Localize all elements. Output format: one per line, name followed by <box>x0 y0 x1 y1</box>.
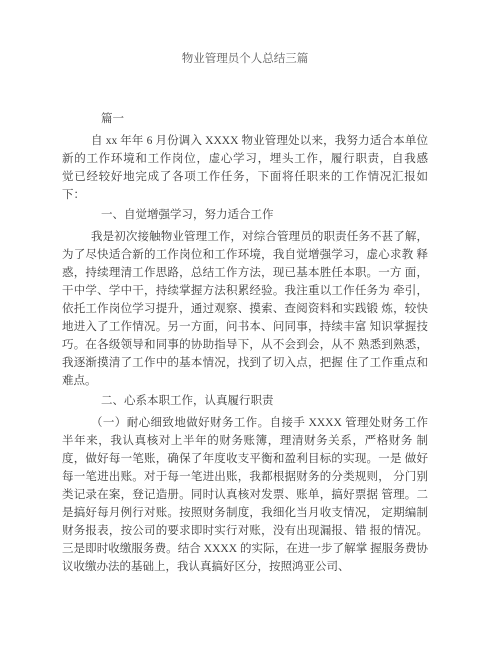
document-title: 物业管理员个人总结三篇 <box>62 50 428 68</box>
paragraph-line: 干中学、学中干，持续掌握方法积累经验。我注重以工作任务为 牵引， <box>62 282 428 300</box>
paragraph-line: 我是初次接触物业管理工作，对综合管理员的职责任务不甚了解， <box>62 228 428 246</box>
paragraph-1: 自 xx 年年 6 月份调入 XXXX 物业管理处以来，我努力适合本单位 新的工… <box>62 132 428 204</box>
paragraph-line: 我逐渐摸清了工作中的基本情况，找到了切入点，把握 住了工作重点和 <box>62 354 428 372</box>
paragraph-line: 三是即时收缴服务费。结合 XXXX 的实际，在进一步了解掌 握服务费协 <box>62 540 428 558</box>
section-label: 篇一 <box>62 110 428 128</box>
paragraph-line: 财务报表，按公司的要求即时实行对账，没有出现漏报、错 报的情况。 <box>62 522 428 540</box>
paragraph-2: 我是初次接触物业管理工作，对综合管理员的职责任务不甚了解， 为了尽快适合新的工作… <box>62 228 428 390</box>
paragraph-line: （一）耐心细致地做好财务工作。自接手 XXXX 管理处财务工作 的 <box>62 414 428 432</box>
paragraph-line: 自 xx 年年 6 月份调入 XXXX 物业管理处以来，我努力适合本单位 <box>62 132 428 150</box>
paragraph-line: 是搞好每月例行对账。按照财务制度，我细化当月收支情况， 定期编制 <box>62 504 428 522</box>
paragraph-3: （一）耐心细致地做好财务工作。自接手 XXXX 管理处财务工作 的 半年来，我认… <box>62 414 428 576</box>
paragraph-line: 半年来，我认真核对上半年的财务账簿，理清财务关系，严格财务 制 <box>62 432 428 450</box>
paragraph-line: 地进入了工作情况。另一方面，问书本、问同事，持续丰富 知识掌握技 <box>62 318 428 336</box>
section-heading-1: 一、自觉增强学习，努力适合工作 <box>62 206 428 224</box>
paragraph-line: 议收缴办法的基础上，我认真搞好区分，按照鸿亚公司、 <box>62 558 428 576</box>
paragraph-line: 惑，持续理清工作思路，总结工作方法，现已基本胜任本职。一方 面， <box>62 264 428 282</box>
paragraph-line: 觉已经较好地完成了各项工作任务，下面将任职来的工作情况汇报如 <box>62 168 428 186</box>
document-body: 物业管理员个人总结三篇 篇一 自 xx 年年 6 月份调入 XXXX 物业管理处… <box>0 0 500 576</box>
paragraph-line: 度，做好每一笔账，确保了年度收支平衡和盈利目标的实现。一是 做好 <box>62 450 428 468</box>
paragraph-line: 类记录在案，登记造册。同时认真核对发票、账单，搞好票据 管理。二 <box>62 486 428 504</box>
paragraph-line: 难点。 <box>62 372 428 390</box>
paragraph-line: 新的工作环境和工作岗位，虚心学习，埋头工作，履行职责，自我感 <box>62 150 428 168</box>
paragraph-line: 巧。在各级领导和同事的协助指导下，从不会到会，从不 熟悉到熟悉， <box>62 336 428 354</box>
paragraph-line: 依托工作岗位学习提升，通过观察、摸索、查阅资料和实践锻 炼，较快 <box>62 300 428 318</box>
paragraph-line: 下： <box>62 186 428 204</box>
paragraph-line: 每一笔进出账。对于每一笔进出账，我都根据财务的分类规则， 分门别 <box>62 468 428 486</box>
document-page: 物业管理员个人总结三篇 篇一 自 xx 年年 6 月份调入 XXXX 物业管理处… <box>0 0 500 647</box>
paragraph-line: 为了尽快适合新的工作岗位和工作环境，我自觉增强学习，虚心求教 释 <box>62 246 428 264</box>
section-heading-2: 二、心系本职工作，认真履行职责 <box>62 392 428 410</box>
